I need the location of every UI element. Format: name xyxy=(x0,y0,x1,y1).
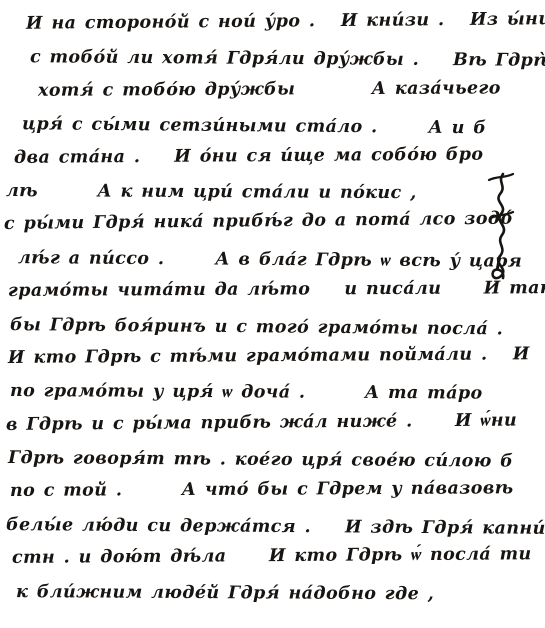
margin-flourish-icon xyxy=(483,172,517,284)
manuscript-page: И на стороно́й с нои́ у́ро . И кни́зи . … xyxy=(0,0,545,628)
manuscript-line: хотя́ с тобо́ю дру́жбы А каза́чьего xyxy=(0,72,545,108)
manuscript-line: И кто Гдрѣ с тѣ́ми грамо́тами пойма́ли .… xyxy=(0,338,545,375)
manuscript-line: стн . и дою́т дѣ́ла И кто Гдрѣ ѡ́ посла́… xyxy=(0,538,545,575)
manuscript-line: по с той . А что́ бы с Гдрем у па́вазовѣ xyxy=(0,473,545,509)
manuscript-line: к бли́жним люде́й Гдря́ на́добно где , xyxy=(0,576,545,612)
manuscript-line: с ры́ми Гдря́ ника́ прибѣ́г до а пота́ л… xyxy=(0,203,545,242)
manuscript-line: в Гдрѣ и с ры́ма прибѣ жа́л ниже́ . И ѡ́… xyxy=(0,404,545,442)
manuscript-line: И на стороно́й с нои́ у́ро . И кни́зи . … xyxy=(0,3,545,41)
manuscript-text-block: И на стороно́й с нои́ у́ро . И кни́зи . … xyxy=(0,8,545,609)
manuscript-line: грамо́ты чита́ти да лѣ́то и писа́ли И та… xyxy=(0,272,545,308)
manuscript-line: два ста́на . И о́ни ся и́ще ма собо́ю бр… xyxy=(0,138,545,175)
